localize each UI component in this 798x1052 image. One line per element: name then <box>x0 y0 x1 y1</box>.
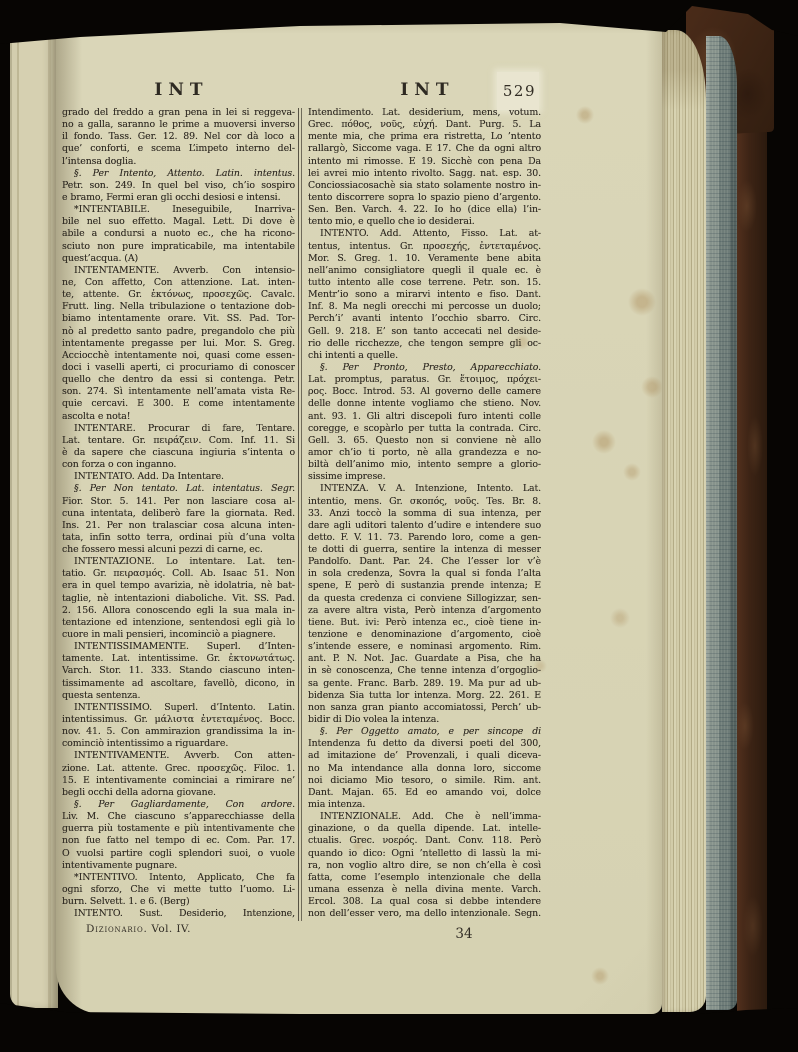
text-line: nov. 41. 5. Con ammirazion grandissima l… <box>62 726 295 738</box>
column-divider <box>298 108 302 921</box>
text-line: Ercol. 308. La qual cosa si debbe intend… <box>308 896 541 908</box>
text-line: *INTENTIVO. Intento, Applicato, Che fa <box>62 872 295 884</box>
text-line: begli occhi della adorna giovane. <box>62 787 295 799</box>
text-line: INTENTIVAMENTE. Avverb. Con atten- <box>62 750 295 762</box>
text-line: guerra più tostamente e più intentivamen… <box>62 823 295 835</box>
text-line: mente mia, che prima era ristretta, Lo ’… <box>308 131 541 143</box>
text-line: son. 274. Sì intentamente nell’amata vis… <box>62 386 295 398</box>
text-line: §. Per Oggetto amato, e per sincope di <box>308 726 541 738</box>
text-line: tento discorrere sopra lo spazio pieno d… <box>308 192 541 204</box>
text-line: Lat. promptus, paratus. Gr. ἕτοιμος, πρό… <box>308 374 541 386</box>
text-line: l’intensa doglia. <box>62 156 295 168</box>
text-line: rio delle ricchezze, che tengon sempre g… <box>308 338 541 350</box>
text-line: intentivamente pugnare. <box>62 860 295 872</box>
text-line: Intendenza fu detto da diversi poeti del… <box>308 738 541 750</box>
text-line: Grec. πόθος, νοῦς, εὐχή. Dant. Purg. 5. … <box>308 119 541 131</box>
text-line: Conciossiacosachè sia stato solamente no… <box>308 180 541 192</box>
text-line: intentamente pregasse per lui. Mor. S. G… <box>62 338 295 350</box>
text-line: Petr. son. 249. In quel bel viso, ch’io … <box>62 180 295 192</box>
text-line: Mor. S. Greg. 1. 10. Veramente bene abit… <box>308 253 541 265</box>
text-line: ogni sforzo, Che vi mette tutto l’uomo. … <box>62 884 295 896</box>
text-line: biamo intentamente orare. Vit. SS. Pad. … <box>62 313 295 325</box>
text-line: quest’acqua. (A) <box>62 253 295 265</box>
text-line: nò al predetto santo padre, pregandolo c… <box>62 326 295 338</box>
text-line: Lat. tentare. Gr. πειράζειν. Com. Inf. 1… <box>62 435 295 447</box>
text-line: tiene. But. ivi: Però intenza ec., cioè … <box>308 617 541 629</box>
text-line: era in quel tempo avarizia, nè idolatria… <box>62 580 295 592</box>
text-line: INTENTARE. Procurar di fare, Tentare. <box>62 423 295 435</box>
left-page-edge <box>10 28 58 1008</box>
text-line: con forza o con inganno. <box>62 459 295 471</box>
text-line: taglie, nè intentazioni diaboliche. Vit.… <box>62 593 295 605</box>
text-line: sciuto non pure impraticabile, ma intent… <box>62 241 295 253</box>
text-line: non sanza gran pianto accomiatossi, Perc… <box>308 702 541 714</box>
cover-edge <box>737 26 767 1020</box>
text-line: §. Per Gagliardamente, Con ardore. <box>62 799 295 811</box>
text-line: sa gente. Franc. Barb. 289. 19. Ma pur a… <box>308 678 541 690</box>
text-line: zione. Lat. attente. Grec. προσεχῶς. Fil… <box>62 763 295 775</box>
text-line: dare agli uditori talento d’udire e inte… <box>308 520 541 532</box>
fore-edge-pages <box>662 30 706 1012</box>
text-line: coregge, e scopàrlo per tutta la contrad… <box>308 423 541 435</box>
text-line: za avere altra vista, Però intenza d’arg… <box>308 605 541 617</box>
text-line: §. Per Non tentato. Lat. intentatus. Seg… <box>62 483 295 495</box>
text-line: delle donne intente vogliamo che stieno.… <box>308 398 541 410</box>
text-line: questa sentenza. <box>62 690 295 702</box>
text-line: *INTENTABILE. Ineseguibile, Inarriva- <box>62 204 295 216</box>
text-line: Sen. Ben. Varch. 4. 22. Io ho (dice ella… <box>308 204 541 216</box>
text-line: INTENTAMENTE. Avverb. Con intensio- <box>62 265 295 277</box>
text-line: fatta, come l’esemplo intenzionale che d… <box>308 872 541 884</box>
text-line: burn. Selvett. 1. e 6. (Berg) <box>62 896 295 908</box>
text-line: spene, E però di sustanzia prende intenz… <box>308 580 541 592</box>
text-line: mia intenza. <box>308 799 541 811</box>
text-line: 15. E intentivamente cominciai a rimirar… <box>62 775 295 787</box>
text-line: noi diciamo Mio tesoro, o simile. Rim. a… <box>308 775 541 787</box>
text-line: que’ conforti, e scema L’impeto interno … <box>62 143 295 155</box>
text-line: Gell. 3. 65. Questo non si conviene nè a… <box>308 435 541 447</box>
volume-note: Dizionario. Vol. IV. <box>86 923 191 935</box>
text-line: INTENTATO. Add. Da Intentare. <box>62 471 295 483</box>
text-line: chi intenti a quelle. <box>308 350 541 362</box>
text-line: non dell’esser vero, ma dello intenziona… <box>308 908 541 920</box>
text-line: INTENZA. V. A. Intenzione, Intento. Lat. <box>308 483 541 495</box>
text-line: doci i vaselli aperti, ci procuriamo di … <box>62 362 295 374</box>
text-line: INTENTISSIMAMENTE. Superl. d’Inten- <box>62 641 295 653</box>
text-line: tatio. Gr. πειρασμός. Coll. Ab. Isaac 51… <box>62 568 295 580</box>
text-line: bile nel suo effetto. Magal. Lett. Di do… <box>62 216 295 228</box>
text-line: 2. 156. Allora conoscendo egli la sua ma… <box>62 605 295 617</box>
text-line: è da sapere che ciascuna ingiuria s’inte… <box>62 447 295 459</box>
text-line: tentus, intentus. Gr. προσεχής, ἐντεταμέ… <box>308 241 541 253</box>
text-line: che fossero messi alcuni pezzi di carne,… <box>62 544 295 556</box>
text-line: INTENTO. Add. Attento, Fisso. Lat. at- <box>308 228 541 240</box>
text-line: detto. F. V. 11. 73. Parendo loro, come … <box>308 532 541 544</box>
book-photo: INT INT 529 grado del freddo a gran pena… <box>0 0 798 1052</box>
text-line: 33. Anzi toccò la somma di sua intenza, … <box>308 508 541 520</box>
text-line: non fue fatto nel tempo di ec. Com. Par.… <box>62 835 295 847</box>
text-line: quie cercavi. E 300. E come intentamente <box>62 398 295 410</box>
text-line: s’intende essere, e nominasi argomento. … <box>308 641 541 653</box>
text-line: Inf. 8. Ma negli orecchi mi percosse un … <box>308 301 541 313</box>
text-line: cuna intentata, deliberò fare la giornat… <box>62 508 295 520</box>
text-line: tata, infin sotto terra, ordinai più d’u… <box>62 532 295 544</box>
text-line: ne, Con affetto, Con attenzione. Lat. in… <box>62 277 295 289</box>
text-line: quando io dico: Ogni ’ntelletto di lassù… <box>308 848 541 860</box>
text-line: INTENTISSIMO. Superl. d’Intento. Latin. <box>62 702 295 714</box>
text-line: te dotti di guerra, sentire la intenza d… <box>308 544 541 556</box>
text-line: bidenza Sia tutta lor intenza. Morg. 22.… <box>308 690 541 702</box>
text-line: intentissimus. Gr. μάλιστα ἐντεταμένος. … <box>62 714 295 726</box>
text-line: ascolta e nota! <box>62 411 295 423</box>
text-line: INTENZIONALE. Add. Che è nell’imma- <box>308 811 541 823</box>
text-line: in sola credenza, Sovra la qual si fonda… <box>308 568 541 580</box>
text-line: il fondo. Tass. Ger. 12. 89. Nel cor dà … <box>62 131 295 143</box>
text-line: intentio, mens. Gr. σκοπός, νοῦς. Tes. B… <box>308 496 541 508</box>
text-line: no a galla, saranno le prime a muoversi … <box>62 119 295 131</box>
text-line: Perch’i’ avanti intento l’occhio sbarro.… <box>308 313 541 325</box>
text-line: Frutt. ling. Nella tribulazione o tentaz… <box>62 301 295 313</box>
text-line: tentazione ed intenzione, sentendosi egl… <box>62 617 295 629</box>
text-line: bidir di Dio volea la intenza. <box>308 714 541 726</box>
text-line: lei avrei mio intento rivolto. Sagg. nat… <box>308 168 541 180</box>
volume-label: Dizionario. <box>86 923 148 935</box>
text-line: Gell. 9. 218. E’ son tanto accecati nel … <box>308 326 541 338</box>
text-line: tutto intento alle cose terrene. Petr. s… <box>308 277 541 289</box>
text-line: Acciocchè intentamente noi, quasi come e… <box>62 350 295 362</box>
text-line: Mentr’io sono a mirarvi intento e fiso. … <box>308 289 541 301</box>
text-line: da questa credenza ci conviene Sillogizz… <box>308 593 541 605</box>
text-line: ra, non voglio altro dire, se non ch’ell… <box>308 860 541 872</box>
page-number: 529 <box>470 82 536 100</box>
text-line: Pandolfo. Dant. Par. 24. Che l’esser lor… <box>308 556 541 568</box>
text-line: grado del freddo a gran pena in lei si r… <box>62 107 295 119</box>
text-line: ant. 93. 1. Gli altri discepoli furo int… <box>308 411 541 423</box>
text-line: no Ma intendance alla donna loro, siccom… <box>308 763 541 775</box>
text-line: nell’animo consigliatore quegli il quale… <box>308 265 541 277</box>
text-line: tamente. Lat. intentissime. Gr. ἐκτονωτά… <box>62 653 295 665</box>
text-line: rallargò, Siccome vaga. E 17. Che da ogn… <box>308 143 541 155</box>
sprinkled-edge <box>706 36 737 1010</box>
volume-number: Vol. IV. <box>151 923 190 935</box>
text-line: e bramo, Fermi eran gli occhi desiosi e … <box>62 192 295 204</box>
running-head-left: INT <box>62 80 295 100</box>
text-line: Dant. Majan. 65. Ed eo amando voi, dolce <box>308 787 541 799</box>
text-line: te, attente. Gr. ἐκτόνως, προσεχῶς. Cava… <box>62 289 295 301</box>
text-line: umana essenza è nella divina mente. Varc… <box>308 884 541 896</box>
text-line: sissime imprese. <box>308 471 541 483</box>
text-line: Liv. M. Che ciascuno s’apparecchiasse de… <box>62 811 295 823</box>
text-line: amor ch’io ti porto, nè alla grandezza e… <box>308 447 541 459</box>
text-line: ρος. Bocc. Introd. 53. Al governo delle … <box>308 386 541 398</box>
text-line: Intendimento. Lat. desiderium, mens, vot… <box>308 107 541 119</box>
text-line: ctualis. Grec. νοερός. Dant. Conv. 118. … <box>308 835 541 847</box>
right-column: Intendimento. Lat. desiderium, mens, vot… <box>308 107 541 920</box>
text-line: tissimamente ad ascoltare, favellò, dico… <box>62 678 295 690</box>
text-line: quello che dentro da essi si contenga. P… <box>62 374 295 386</box>
signature-mark: 34 <box>436 926 492 942</box>
text-line: cuore in mali pensieri, incominciò a pia… <box>62 629 295 641</box>
text-line: ant. P. N. Not. Jac. Guardate a Pisa, ch… <box>308 653 541 665</box>
text-line: abile a condursi a nuoto ec., che ha ric… <box>62 228 295 240</box>
text-line: in sè conoscenza, Che tenne intenza d’or… <box>308 665 541 677</box>
text-line: Varch. Stor. 11. 333. Stando ciascuno in… <box>62 665 295 677</box>
text-line: cominciò intentissimo a riguardare. <box>62 738 295 750</box>
text-line: ginazione, o da quella dipende. Lat. int… <box>308 823 541 835</box>
text-line: ad imitazione de’ Provenzali, i quali di… <box>308 750 541 762</box>
left-column: grado del freddo a gran pena in lei si r… <box>62 107 295 920</box>
text-line: tento mio, e quello che io desiderai. <box>308 216 541 228</box>
text-line: intento mi rimosse. E 19. Sicchè con pen… <box>308 156 541 168</box>
text-line: O vuolsi partire cogli splendori suoi, o… <box>62 848 295 860</box>
text-line: tenzione e denominazione d’argomento, ci… <box>308 629 541 641</box>
text-line: biltà dell’animo mio, intento sempre a g… <box>308 459 541 471</box>
text-line: §. Per Intento, Attento. Latin. intentus… <box>62 168 295 180</box>
text-line: Fior. Stor. 5. 141. Per non lasciare cos… <box>62 496 295 508</box>
text-line: Ins. 21. Per non tralasciar cosa alcuna … <box>62 520 295 532</box>
text-line: §. Per Pronto, Presto, Apparecchiato. <box>308 362 541 374</box>
text-line: INTENTO. Sust. Desiderio, Intenzione, <box>62 908 295 920</box>
text-line: INTENTAZIONE. Lo intentare. Lat. ten- <box>62 556 295 568</box>
